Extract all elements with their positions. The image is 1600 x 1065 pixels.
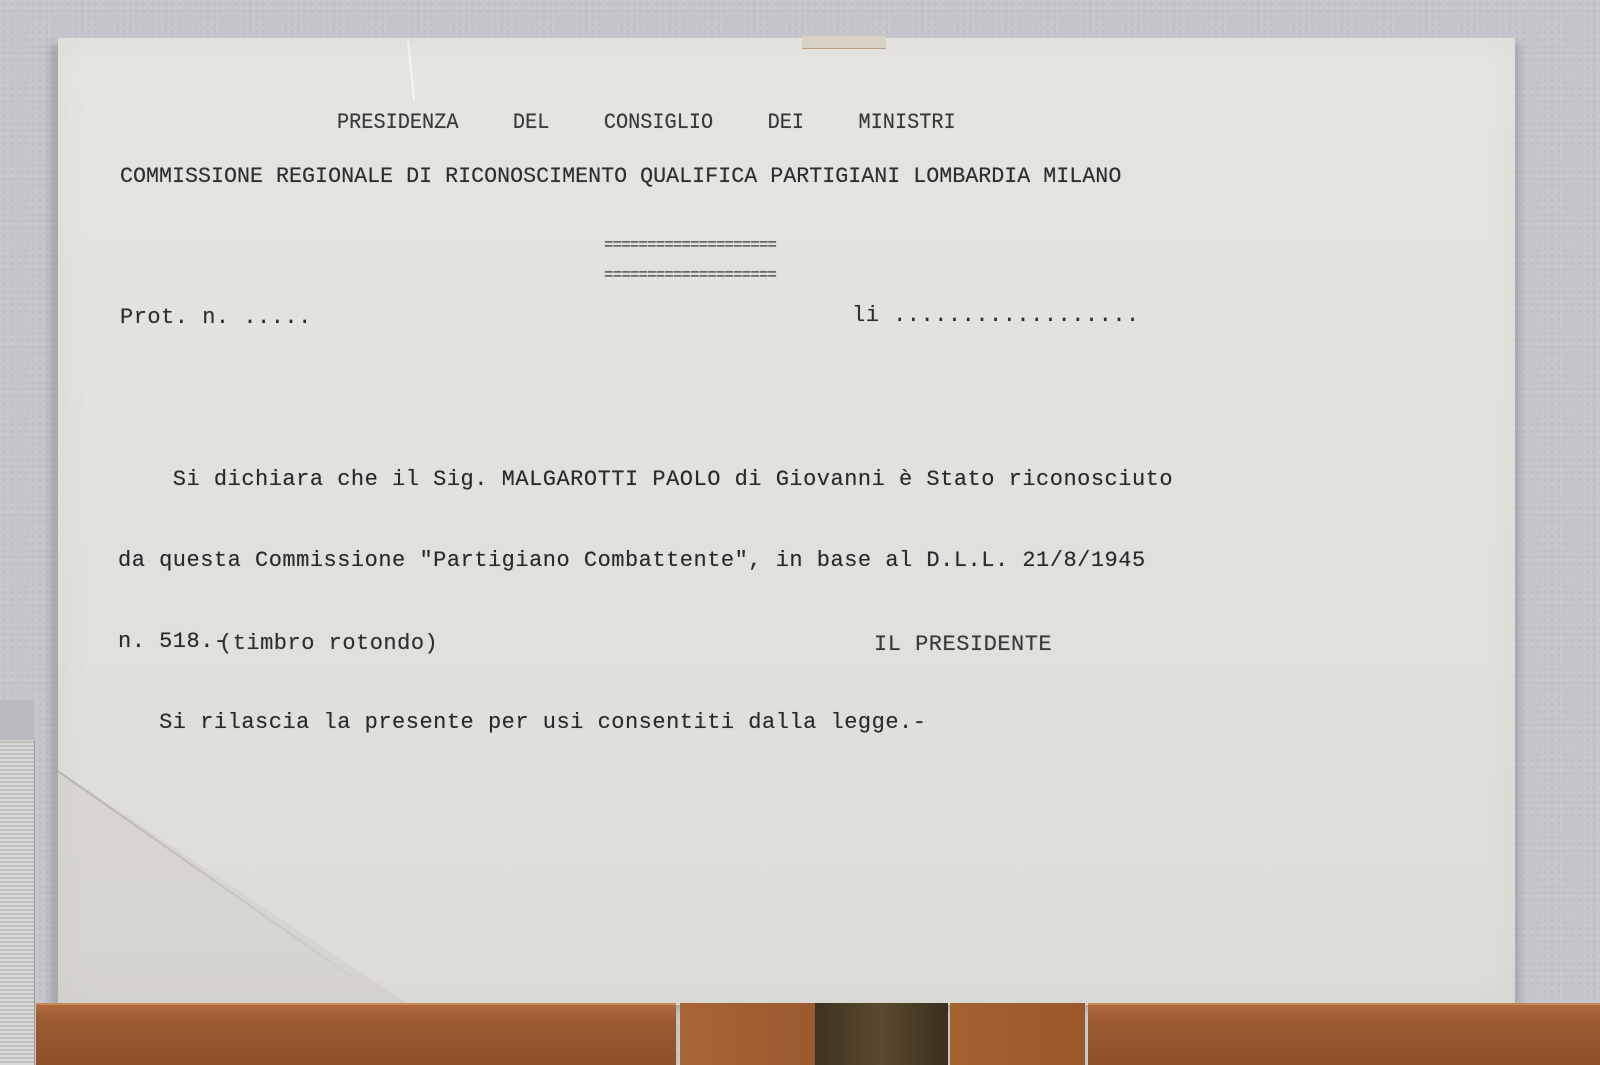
separator-line: ==================== ===================… <box>604 220 776 290</box>
signature-label: IL PRESIDENTE <box>874 632 1052 657</box>
woven-strap <box>0 740 35 1065</box>
wooden-shelf-block <box>680 1003 815 1065</box>
wooden-shelf-left <box>36 1003 676 1065</box>
background-fabric <box>0 700 34 742</box>
wooden-shelf-block <box>950 1003 1085 1065</box>
stamp-note: (timbro rotondo) <box>219 631 438 656</box>
separator-bottom: ==================== <box>604 270 776 280</box>
body-line: Si dichiara che il Sig. MALGAROTTI PAOLO… <box>118 466 1173 493</box>
paper-tear <box>802 36 886 49</box>
wooden-shelf-right <box>1088 1003 1600 1065</box>
body-line: Si rilascia la presente per usi consenti… <box>118 709 1173 736</box>
date-field: li .................. <box>852 303 1140 328</box>
protocol-number: Prot. n. ..... <box>120 305 312 330</box>
separator-top: ==================== <box>604 240 776 250</box>
declaration-body: Si dichiara che il Sig. MALGAROTTI PAOLO… <box>118 412 1173 763</box>
header-ministry: PRESIDENZA DEL CONSIGLIO DEI MINISTRI <box>337 110 956 135</box>
header-commission: COMMISSIONE REGIONALE DI RICONOSCIMENTO … <box>120 164 1121 189</box>
shelf-gap <box>815 1003 948 1065</box>
body-line: da questa Commissione "Partigiano Combat… <box>118 547 1173 574</box>
